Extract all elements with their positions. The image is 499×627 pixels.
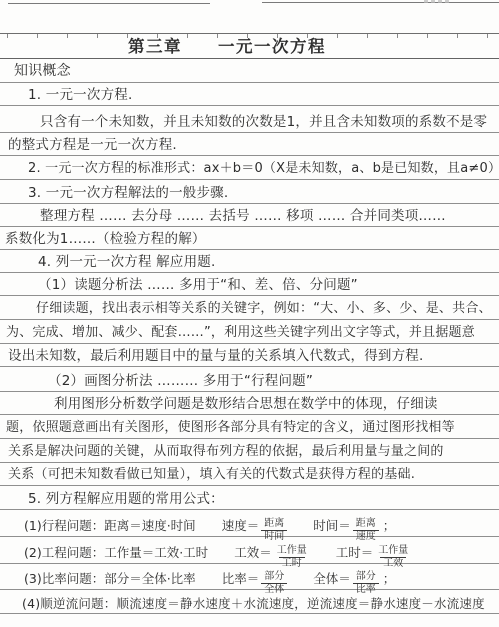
fraction-whole: 部分 比率 xyxy=(353,571,379,595)
note-line: 系数化为1……（检验方程的解） xyxy=(0,229,499,250)
note-line: 2. 一元一次方程的标准形式：ax＋b＝0（X是未知数，a、b是已知数，且a≠0… xyxy=(0,159,499,180)
item-2-standard-form: 2. 一元一次方程的标准形式：ax＋b＝0（X是未知数，a、b是已知数，且a≠0… xyxy=(0,162,499,179)
fraction-numerator: 距离 xyxy=(353,518,379,530)
cropped-text-fragment xyxy=(424,0,452,3)
definition-line-1: 只含有一个未知数，并且未知数的次数是1，并且含未知数项的系数不是零 xyxy=(0,115,487,132)
fraction-numerator: 部分 xyxy=(261,571,287,583)
method-1-para-line-2: 为、完成、增加、减少、配套……”，利用这些关键字列出文字等式，并且据题意 xyxy=(0,326,475,343)
method-1-para-line-3: 设出未知数，最后利用题目中的量与量的关系填入代数式，得到方程. xyxy=(0,349,424,366)
formula-label: (3)比率问题：部分＝全体·比率 xyxy=(0,572,196,589)
formula-lhs: 全体＝ xyxy=(313,572,351,589)
section-heading: 知识概念 xyxy=(0,64,71,82)
note-line: （1）读题分析法 …… 多用于“和、差、倍、分问题” xyxy=(0,275,499,296)
formula-lhs: 比率＝ xyxy=(222,572,260,589)
chapter-title-line: 第三章 一元一次方程 xyxy=(0,36,499,59)
note-line: 关系（可把未知数看做已知量），填入有关的代数式是获得方程的基础. xyxy=(0,465,499,486)
notebook-page: 第三章 一元一次方程 知识概念 1. 一元一次方程. 只含有一个未知数，并且未知… xyxy=(0,0,499,627)
note-line: 整理方程 …… 去分母 …… 去括号 …… 移项 …… 合并同类项…… xyxy=(0,206,499,227)
method-2-para-line-2: 题，依照题意画出有关图形，使图形各部分具有特定的含义，通过图形找相等 xyxy=(0,421,455,438)
method-2-heading: （2）画图分析法 ……… 多用于“行程问题” xyxy=(0,374,313,391)
fraction-numerator: 工作量 xyxy=(274,545,310,557)
method-2-para-line-1: 利用图形分析数学问题是数形结合思想在数学中的体现，仔细读 xyxy=(0,397,438,414)
item-1-heading: 1. 一元一次方程. xyxy=(0,88,132,105)
note-line: 题，依照题意画出有关图形，使图形各部分具有特定的含义，通过图形找相等 xyxy=(0,418,499,439)
fraction-numerator: 部分 xyxy=(353,571,379,583)
note-line: 仔细读题，找出表示相等关系的关键字，例如：“大、小、多、少、是、共合、 xyxy=(0,299,499,320)
fraction-ratio: 部分 全体 xyxy=(261,571,287,595)
top-rule-left xyxy=(8,3,210,4)
note-line: (4)顺逆流问题：顺流速度＝静水速度＋水流速度，逆流速度＝静水速度－水流速度 xyxy=(0,593,499,614)
note-line: 知识概念 xyxy=(0,62,499,83)
item-3-heading: 3. 一元一次方程解法的一般步骤. xyxy=(0,186,228,203)
note-line: 设出未知数，最后利用题目中的量与量的关系填入代数式，得到方程. xyxy=(0,346,499,367)
formula-row-ratio: (3)比率问题：部分＝全体·比率 比率＝ 部分 全体 全体＝ 部分 比率 ； xyxy=(0,560,499,590)
note-line: 1. 一元一次方程. xyxy=(0,85,499,106)
solution-steps-line-2: 系数化为1……（检验方程的解） xyxy=(0,232,206,249)
note-line: 为、完成、增加、减少、配套……”，利用这些关键字列出文字等式，并且据题意 xyxy=(0,323,499,344)
fraction-numerator: 距离 xyxy=(261,518,287,530)
top-rule-right xyxy=(262,2,499,3)
solution-steps-line-1: 整理方程 …… 去分母 …… 去括号 …… 移项 …… 合并同类项…… xyxy=(0,209,446,226)
definition-line-2: 的整式方程是一元一次方程. xyxy=(0,138,177,155)
note-line: 3. 一元一次方程解法的一般步骤. xyxy=(0,183,499,204)
formula-row-travel: (1)行程问题：距离＝速度·时间 速度＝ 距离 时间 时间＝ 距离 速度 ； xyxy=(0,507,499,537)
fraction-numerator: 工作量 xyxy=(375,545,411,557)
note-line: 4. 列一元一次方程 解应用题. xyxy=(0,252,499,273)
chapter-title: 第三章 一元一次方程 xyxy=(0,38,326,58)
method-1-para-line-1: 仔细读题，找出表示相等关系的关键字，例如：“大、小、多、少、是、共合、 xyxy=(0,302,492,319)
note-line: 的整式方程是一元一次方程. xyxy=(0,135,499,156)
method-2-para-line-4: 关系（可把未知数看做已知量），填入有关的代数式是获得方程的基础. xyxy=(0,468,415,485)
note-line: 利用图形分析数学问题是数形结合思想在数学中的体现，仔细读 xyxy=(0,394,499,415)
method-1-heading: （1）读题分析法 …… 多用于“和、差、倍、分问题” xyxy=(0,278,358,295)
formula-row-stream: (4)顺逆流问题：顺流速度＝静水速度＋水流速度，逆流速度＝静水速度－水流速度 xyxy=(0,597,485,613)
method-2-para-line-3: 关系是解决问题的关键，从而取得布列方程的依据，最后利用量与量之间的 xyxy=(0,445,444,462)
item-4-heading: 4. 列一元一次方程 解应用题. xyxy=(0,255,215,272)
note-line: （2）画图分析法 ……… 多用于“行程问题” xyxy=(0,371,499,392)
note-line: 关系是解决问题的关键，从而取得布列方程的依据，最后利用量与量之间的 xyxy=(0,442,499,463)
formula-tail: ； xyxy=(383,572,396,589)
note-line: 只含有一个未知数，并且未知数的次数是1，并且含未知数项的系数不是零 xyxy=(0,112,499,133)
